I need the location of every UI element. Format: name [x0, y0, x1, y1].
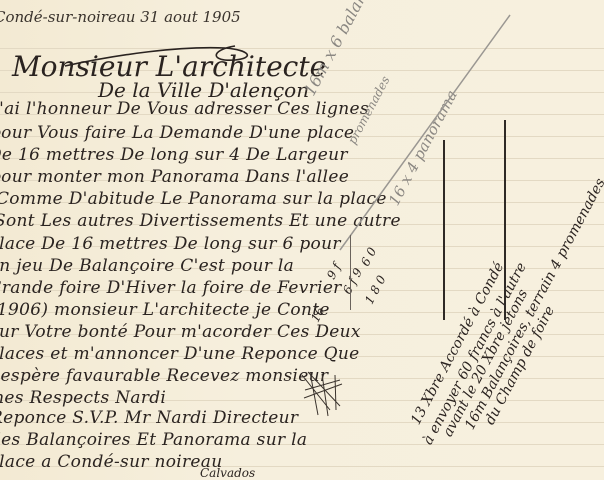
body-line: Comme D'abitude Le Panorama sur la place: [0, 189, 387, 209]
body-line: De 16 mettres De long sur 4 De Largeur: [0, 145, 348, 165]
body-line: place a Condé-sur noireau: [0, 452, 222, 472]
letter-page: Condé-sur-noireau 31 aout 1905 Monsieur …: [0, 0, 604, 480]
body-line: places et m'annoncer D'une Reponce Que: [0, 344, 360, 364]
body-line: J'ai l'honneur De Vous adresser Ces lign…: [0, 99, 369, 119]
body-line: Reponce S.V.P. Mr Nardi Directeur: [0, 408, 298, 428]
scribble-mark: [300, 370, 350, 420]
body-line-signature: mes Respects Nardi: [0, 388, 166, 408]
body-line-region: Calvados: [200, 466, 255, 480]
body-line: (1906) monsieur L'architecte je Conte: [0, 300, 330, 320]
body-line: j'espère favaurable Recevez monsieur: [0, 366, 328, 386]
body-line: des Balançoires Et Panorama sur la: [0, 430, 307, 450]
vertical-stroke: [504, 120, 506, 320]
letter-date: Condé-sur-noireau 31 aout 1905: [0, 8, 241, 26]
pencil-strike-line: [330, 10, 530, 270]
body-line: un jeu De Balançoire C'est pour la: [0, 256, 294, 276]
body-line: pour Vous faire La Demande D'une place: [0, 123, 354, 143]
body-line: pour monter mon Panorama Dans l'allee: [0, 167, 349, 187]
body-line: sur Votre bonté Pour m'acorder Ces Deux: [0, 322, 361, 342]
vertical-stroke: [443, 140, 445, 320]
vertical-stroke: [350, 235, 351, 310]
body-line: place De 16 mettres De long sur 6 pour: [0, 234, 341, 254]
figure-note: 6 f 9: [340, 266, 365, 297]
body-line: Grande foire D'Hiver la foire de Fevrier: [0, 278, 342, 298]
